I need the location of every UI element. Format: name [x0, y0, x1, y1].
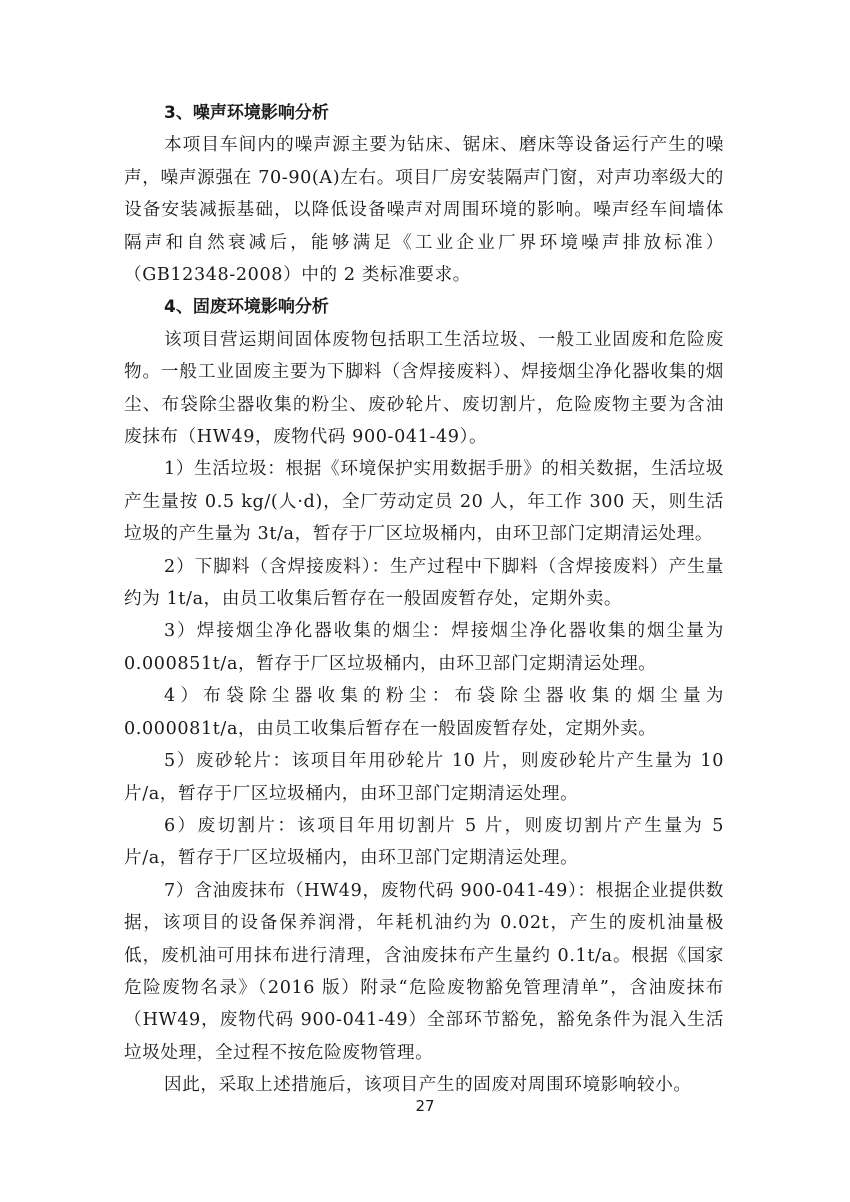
section-heading-noise: 3、噪声环境影响分析 [124, 97, 724, 129]
paragraph-welding-fume: 3）焊接烟尘净化器收集的烟尘：焊接烟尘净化器收集的烟尘量为 0.000851t/… [124, 615, 724, 680]
paragraph-cutting-disc: 6）废切割片：该项目年用切割片 5 片，则废切割片产生量为 5 片/a，暂存于厂… [124, 810, 724, 875]
document-page: 3、噪声环境影响分析 本项目车间内的噪声源主要为钻床、锯床、磨床等设备运行产生的… [124, 97, 724, 1102]
paragraph-noise-analysis: 本项目车间内的噪声源主要为钻床、锯床、磨床等设备运行产生的噪声，噪声源强在 70… [124, 129, 724, 291]
page-number: 27 [0, 1097, 850, 1115]
paragraph-scrap-material: 2）下脚料（含焊接废料）：生产过程中下脚料（含焊接废料）产生量约为 1t/a，由… [124, 551, 724, 616]
paragraph-oily-rags: 7）含油废抹布（HW49，废物代码 900-041-49）：根据企业提供数据，该… [124, 875, 724, 1069]
paragraph-baghouse-dust: 4）布袋除尘器收集的粉尘：布袋除尘器收集的烟尘量为 0.000081t/a，由员… [124, 680, 724, 745]
paragraph-solid-waste-intro: 该项目营运期间固体废物包括职工生活垃圾、一般工业固废和危险废物。一般工业固废主要… [124, 324, 724, 454]
paragraph-grinding-wheel: 5）废砂轮片：该项目年用砂轮片 10 片，则废砂轮片产生量为 10 片/a，暂存… [124, 745, 724, 810]
paragraph-domestic-garbage: 1）生活垃圾：根据《环境保护实用数据手册》的相关数据，生活垃圾产生量按 0.5 … [124, 453, 724, 550]
section-heading-solid-waste: 4、固废环境影响分析 [124, 291, 724, 323]
